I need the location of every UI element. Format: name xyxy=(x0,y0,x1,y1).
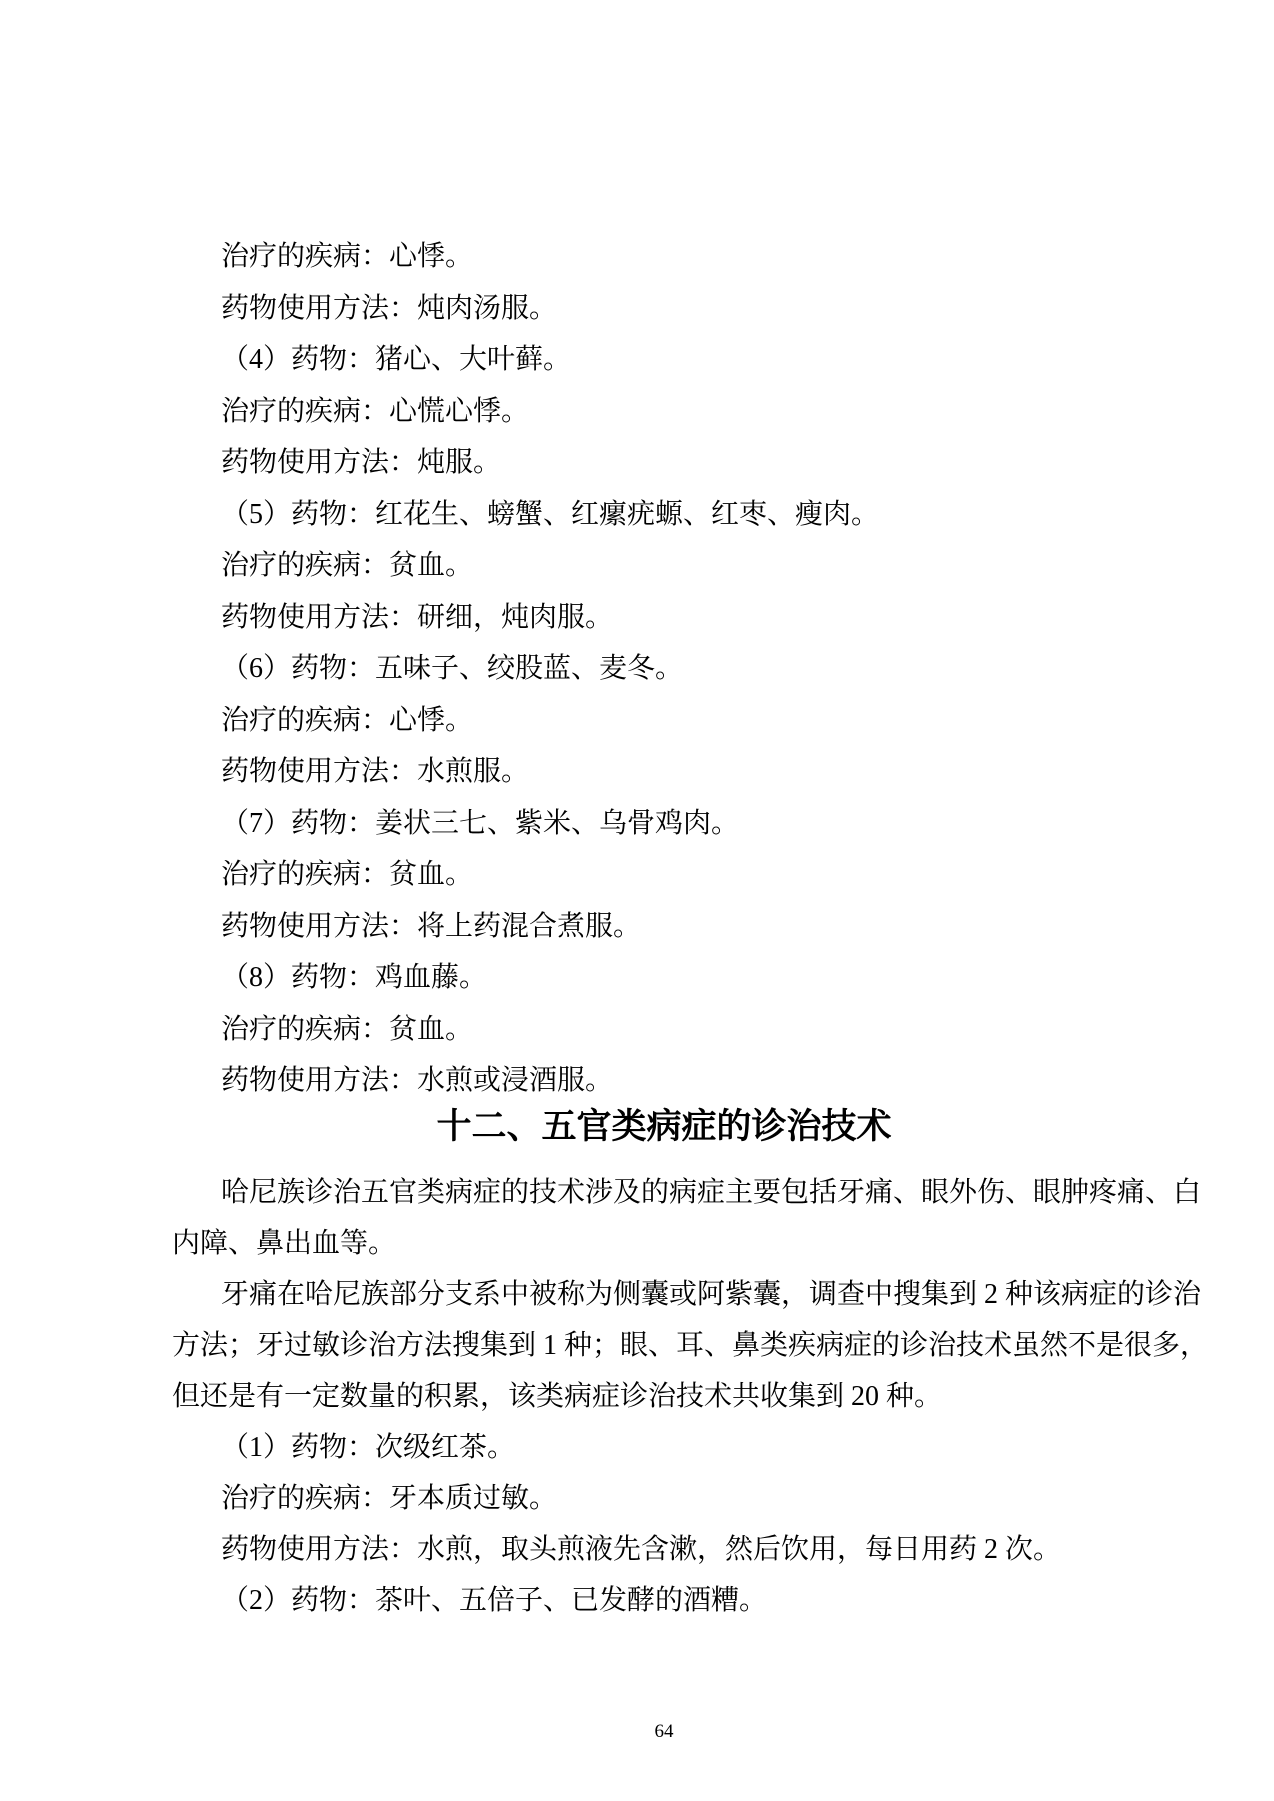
text-line: 药物使用方法：炖肉汤服。 xyxy=(172,283,1156,335)
remedy-entries-section: 治疗的疾病：心悸。药物使用方法：炖肉汤服。（4）药物：猪心、大叶藓。治疗的疾病：… xyxy=(0,0,1274,1107)
text-line: （2）药物：茶叶、五倍子、已发酵的酒糟。 xyxy=(172,1575,1156,1626)
text-line: 药物使用方法：研细，炖肉服。 xyxy=(172,592,1156,644)
text-line: 药物使用方法：水煎或浸酒服。 xyxy=(172,1055,1156,1107)
text-line: （6）药物：五味子、绞股蓝、麦冬。 xyxy=(172,643,1156,695)
text-line: 方法；牙过敏诊治方法搜集到 1 种；眼、耳、鼻类疾病症的诊治技术虽然不是很多， xyxy=(172,1320,1156,1371)
text-line: 治疗的疾病：心慌心悸。 xyxy=(172,386,1156,438)
text-line: 治疗的疾病：牙本质过敏。 xyxy=(172,1473,1156,1524)
text-line: （8）药物：鸡血藤。 xyxy=(172,952,1156,1004)
text-line: 治疗的疾病：心悸。 xyxy=(172,695,1156,747)
text-line: （7）药物：姜状三七、紫米、乌骨鸡肉。 xyxy=(172,798,1156,850)
text-line: 治疗的疾病：贫血。 xyxy=(172,540,1156,592)
section-heading: 十二、五官类病症的诊治技术 xyxy=(172,1107,1156,1147)
text-line: 药物使用方法：将上药混合煮服。 xyxy=(172,901,1156,953)
page-footer: 64 xyxy=(0,1720,1274,1744)
text-line: （4）药物：猪心、大叶藓。 xyxy=(172,334,1156,386)
page-number: 64 xyxy=(655,1721,674,1742)
text-line: 哈尼族诊治五官类病症的技术涉及的病症主要包括牙痛、眼外伤、眼肿疼痛、白 xyxy=(172,1167,1156,1218)
text-line: 药物使用方法：水煎服。 xyxy=(172,746,1156,798)
text-line: 牙痛在哈尼族部分支系中被称为侧囊或阿紫囊，调查中搜集到 2 种该病症的诊治 xyxy=(172,1269,1156,1320)
document-page: 治疗的疾病：心悸。药物使用方法：炖肉汤服。（4）药物：猪心、大叶藓。治疗的疾病：… xyxy=(0,0,1274,1801)
text-line: 药物使用方法：炖服。 xyxy=(172,437,1156,489)
paragraphs-section: 哈尼族诊治五官类病症的技术涉及的病症主要包括牙痛、眼外伤、眼肿疼痛、白内障、鼻出… xyxy=(0,1167,1274,1626)
text-line: 但还是有一定数量的积累，该类病症诊治技术共收集到 20 种。 xyxy=(172,1371,1156,1422)
text-line: （1）药物：次级红茶。 xyxy=(172,1422,1156,1473)
text-line: 药物使用方法：水煎，取头煎液先含漱，然后饮用，每日用药 2 次。 xyxy=(172,1524,1156,1575)
text-line: 内障、鼻出血等。 xyxy=(172,1218,1156,1269)
text-line: 治疗的疾病：贫血。 xyxy=(172,1004,1156,1056)
text-line: 治疗的疾病：心悸。 xyxy=(172,231,1156,283)
text-line: （5）药物：红花生、螃蟹、红瘰疣螈、红枣、瘦肉。 xyxy=(172,489,1156,541)
text-line: 治疗的疾病：贫血。 xyxy=(172,849,1156,901)
